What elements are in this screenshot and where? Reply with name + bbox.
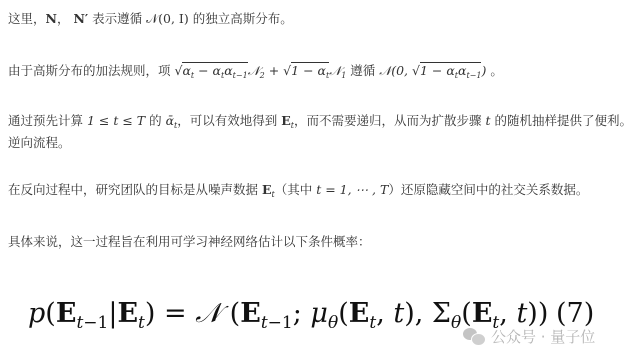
wechat-icon — [463, 328, 487, 346]
text: 具体来说，这一过程旨在利用可学习神经网络估计以下条件概率： — [8, 234, 371, 249]
text: ，而不需要递归，从而为扩散步骤 — [294, 113, 485, 128]
text: 由于高斯分布的加法规则，项 — [8, 63, 174, 78]
text: 。 — [486, 63, 502, 78]
paragraph-5: 具体来说，这一过程旨在利用可学习神经网络估计以下条件概率： — [8, 232, 371, 252]
text: 的随机抽样提供了便利。 — [491, 113, 632, 128]
math-normal-dist: 𝒩(0, I) — [146, 11, 189, 26]
text: ）还原隐藏空间中的社交关系数据。 — [388, 182, 588, 197]
text: ， — [57, 11, 70, 26]
text: 这里， — [8, 11, 46, 26]
math-E-t: Et — [262, 182, 275, 197]
text: ，可以有效地得到 — [177, 113, 281, 128]
text: 通过预先计算 — [8, 113, 87, 128]
watermark-text: 公众号 · 量子位 — [491, 326, 595, 347]
math-N-prime: N′ — [73, 11, 88, 26]
text: 表示遵循 — [88, 11, 146, 26]
paragraph-1: 这里，N， N′ 表示遵循 𝒩(0, I) 的独立高斯分布。 — [8, 9, 293, 29]
text: （其中 — [275, 182, 316, 197]
equation-number: (7) — [556, 298, 594, 329]
math-term: √αt − αtαt−1𝒩2 + √1 − αt𝒩1 — [174, 63, 346, 78]
math-range: 1 ≤ t ≤ T — [87, 113, 145, 128]
paragraph-2: 由于高斯分布的加法规则，项 √αt − αtαt−1𝒩2 + √1 − αt𝒩1… — [8, 61, 503, 81]
math-dist: 𝒩(0, √1 − αtαt−1) — [379, 62, 486, 78]
text: 的 — [145, 113, 165, 128]
math-range: t = 1, ⋯ , T — [316, 182, 388, 197]
math-N: N — [46, 11, 57, 26]
text: 在反向过程中，研究团队的目标是从噪声数据 — [8, 182, 262, 197]
math-alpha-bar: ᾱt — [166, 113, 178, 128]
paragraph-3: 通过预先计算 1 ≤ t ≤ T 的 ᾱt，可以有效地得到 Et，而不需要递归，… — [8, 110, 632, 154]
watermark: 公众号 · 量子位 — [463, 326, 595, 347]
text: 遵循 — [346, 63, 379, 78]
math-E-t: Et — [281, 113, 294, 128]
paragraph-4: 在反向过程中，研究团队的目标是从噪声数据 Et（其中 t = 1, ⋯ , T）… — [8, 180, 588, 200]
text: 逆向流程。 — [8, 132, 632, 154]
text: 的独立高斯分布。 — [189, 11, 293, 26]
